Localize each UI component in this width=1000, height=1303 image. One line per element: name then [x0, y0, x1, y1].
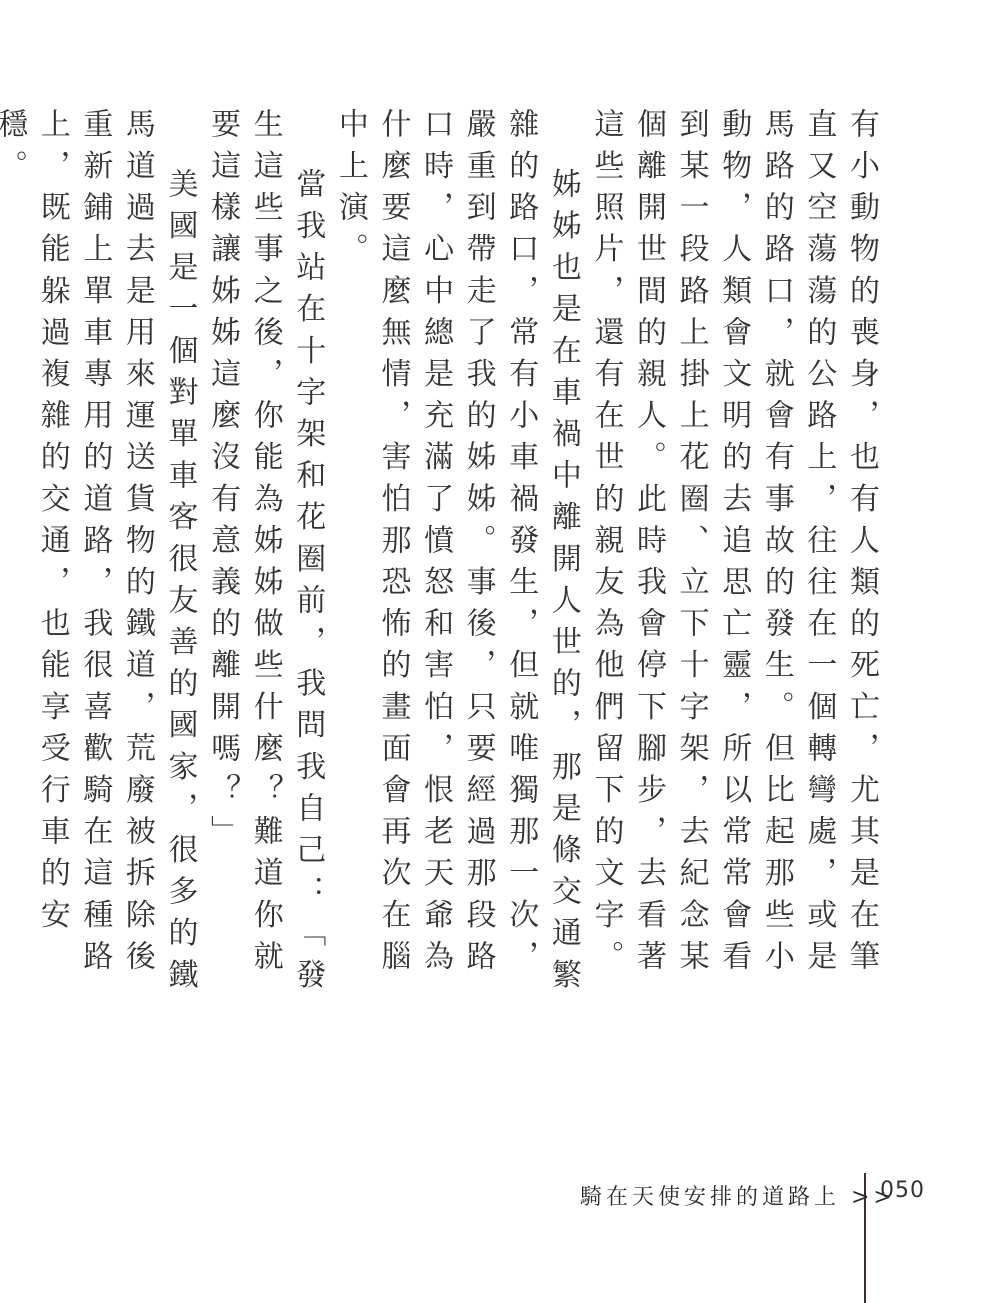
footer-divider-rule — [864, 1173, 866, 1303]
paragraph: 姊姊也是在車禍中離開人世的，那是條交通繁雜的路口，常有小車禍發生，但就唯獨那一次… — [328, 108, 584, 1008]
vertical-body-text: 有小動物的喪身，也有人類的死亡，尤其是在筆直又空蕩蕩的公路上，往往在一個轉彎處，… — [0, 108, 882, 1008]
running-footer-book-title: 騎在天使安排的道路上 >> — [580, 1180, 896, 1211]
paragraph: 當我站在十字架和花圈前，我問我自己：「發生這些事之後，你能為姊姊做些什麼？難道你… — [201, 108, 329, 1008]
page-number: 050 — [880, 1178, 925, 1203]
paragraph: 美國是一個對單車客很友善的國家，很多的鐵馬道過去是用來運送貨物的鐵道，荒廢被拆除… — [0, 108, 201, 1008]
paragraph: 有小動物的喪身，也有人類的死亡，尤其是在筆直又空蕩蕩的公路上，往往在一個轉彎處，… — [584, 108, 882, 1008]
